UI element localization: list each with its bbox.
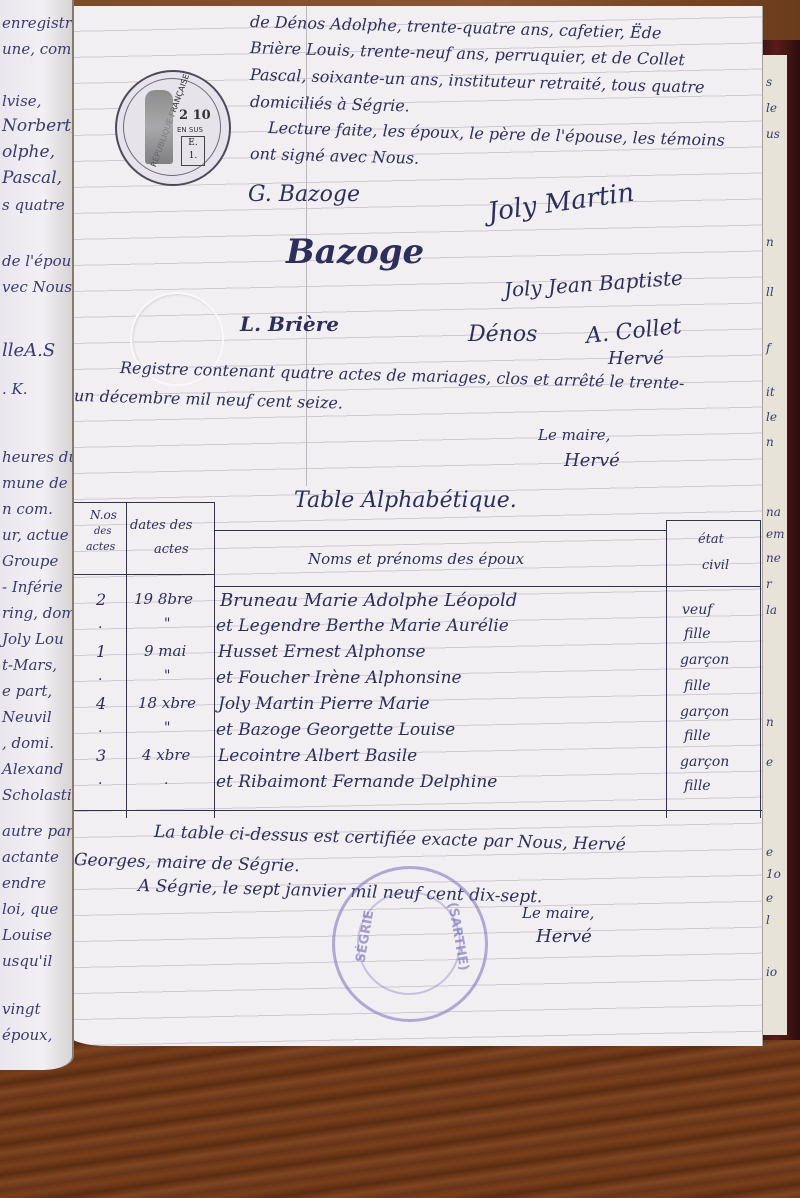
left-page-text: ur, actue xyxy=(2,526,69,544)
previous-page-edge: enregistré le une, comm lvise, Norbert, … xyxy=(0,0,74,1070)
certification-line: La table ci-dessus est certifiée exacte … xyxy=(154,822,626,855)
table-border xyxy=(214,586,760,587)
row-etat: fille xyxy=(684,728,711,744)
header-num: actes xyxy=(86,540,115,553)
left-page-text: s quatre xyxy=(2,196,65,214)
table-border xyxy=(666,520,760,521)
edge-text: r xyxy=(766,577,772,591)
row-date: 4 xbre xyxy=(142,746,190,764)
header-date: dates des xyxy=(130,518,192,533)
row-date: 18 xbre xyxy=(138,694,196,712)
header-num: des xyxy=(94,526,111,537)
stamp-box: E. 1. xyxy=(181,136,205,166)
row-date: " xyxy=(164,668,170,684)
text-line: de Dénos Adolphe, trente-quatre ans, caf… xyxy=(250,12,662,42)
signature: Joly Martin xyxy=(486,178,636,228)
left-page-text: Norbert, xyxy=(2,116,74,136)
left-page-text: olphe, xyxy=(2,142,55,162)
signature: Bazoge xyxy=(286,232,424,272)
left-page-text: e part, xyxy=(2,682,52,700)
header-num: N.os xyxy=(90,508,117,522)
row-num: . xyxy=(98,616,102,632)
row-etat: fille xyxy=(684,778,711,794)
edge-text: le xyxy=(766,101,777,115)
left-page-text: époux, xyxy=(2,1026,52,1044)
left-page-text: autre part xyxy=(2,822,74,840)
closing-line: Registre contenant quatre actes de maria… xyxy=(120,358,685,393)
left-page-text: actante xyxy=(2,848,59,866)
edge-text: e xyxy=(766,755,773,769)
row-date: 9 mai xyxy=(144,642,186,660)
left-page-text: loi, que xyxy=(2,900,58,918)
text-line: domiciliés à Ségrie. xyxy=(250,92,410,115)
table-border xyxy=(214,530,666,531)
mayor-signoff: Le maire, xyxy=(522,904,594,922)
left-page-text: . K. xyxy=(2,380,28,398)
text-line: Pascal, soixante-un ans, instituteur ret… xyxy=(250,65,705,97)
signature: A. Collet xyxy=(585,314,683,349)
edge-text: la xyxy=(766,603,777,617)
table-border xyxy=(666,520,667,818)
header-etat: état xyxy=(698,532,724,547)
edge-text: it xyxy=(766,385,775,399)
edge-text: ll xyxy=(766,285,774,299)
mayor-signoff: Le maire, xyxy=(538,426,610,444)
header-etat: civil xyxy=(702,558,729,573)
table-border xyxy=(72,810,762,811)
stamp-box-bottom: 1. xyxy=(182,150,204,163)
row-date: " xyxy=(164,616,170,632)
left-page-text: enregistré le xyxy=(2,14,74,32)
left-page-text: - Inférie xyxy=(2,578,63,596)
signature: Dénos xyxy=(468,322,537,347)
left-page-text: Joly Lou xyxy=(2,630,64,648)
signature: Joly Jean Baptiste xyxy=(503,266,683,302)
left-page-text: , domi. xyxy=(2,734,54,752)
left-page-text: de l'épou xyxy=(2,252,71,270)
edge-text: na xyxy=(766,505,781,519)
header-date: actes xyxy=(154,542,189,557)
marianne-figure-icon xyxy=(145,90,173,164)
left-page-text: usqu'il xyxy=(2,952,52,970)
left-page-text: Alexand xyxy=(2,760,63,778)
edge-text: f xyxy=(766,341,770,355)
edge-text: em xyxy=(766,527,784,541)
header-names: Noms et prénoms des époux xyxy=(308,550,524,568)
row-name: Husset Ernest Alphonse xyxy=(218,642,426,662)
next-page-edge: s le us n ll f it le n na em ne r la n e… xyxy=(762,55,787,1035)
signature: Hervé xyxy=(608,348,664,369)
row-num: . xyxy=(98,720,102,736)
left-page-text: lvise, xyxy=(2,92,41,110)
edge-text: le xyxy=(766,410,777,424)
edge-text: n xyxy=(766,715,774,729)
row-date: " xyxy=(164,720,170,736)
row-name: Joly Martin Pierre Marie xyxy=(218,694,430,714)
text-line: Lecture faite, les époux, le père de l'é… xyxy=(268,118,725,150)
left-page-text: ring, dom xyxy=(2,604,74,622)
row-num: . xyxy=(98,772,102,788)
table-border xyxy=(72,502,214,503)
row-name: et Foucher Irène Alphonsine xyxy=(216,668,462,688)
left-page-text: heures du xyxy=(2,448,74,466)
table-border xyxy=(126,502,127,818)
row-num: 2 xyxy=(96,590,106,609)
edge-text: l xyxy=(766,913,770,927)
row-date: 19 8bre xyxy=(134,590,193,608)
row-name: et Ribaimont Fernande Delphine xyxy=(216,772,497,792)
row-etat: veuf xyxy=(682,602,712,618)
left-page-text: mune de xyxy=(2,474,68,492)
edge-text: 1o xyxy=(766,867,781,881)
left-page-text: Scholastiq xyxy=(2,786,74,804)
row-etat: garçon xyxy=(680,704,729,720)
edge-text: n xyxy=(766,435,774,449)
row-name: Bruneau Marie Adolphe Léopold xyxy=(220,590,517,611)
row-num: . xyxy=(98,668,102,684)
mayor-signature: Hervé xyxy=(564,450,620,471)
row-etat: fille xyxy=(684,626,711,642)
mayor-signature: Hervé xyxy=(536,926,592,947)
row-etat: fille xyxy=(684,678,711,694)
left-page-text: Groupe xyxy=(2,552,58,570)
row-date: . xyxy=(164,772,168,788)
wood-table-bottom xyxy=(0,1040,800,1198)
row-num: 4 xyxy=(96,694,106,713)
left-page-text: Louise xyxy=(2,926,52,944)
row-etat: garçon xyxy=(680,754,729,770)
table-border xyxy=(760,520,761,818)
edge-text: io xyxy=(766,965,777,979)
row-etat: garçon xyxy=(680,652,729,668)
row-name: Lecointre Albert Basile xyxy=(218,746,417,766)
left-page-text: Pascal, xyxy=(2,168,62,188)
left-page-text: lleA.S xyxy=(2,340,55,361)
left-page-text: vingt xyxy=(2,1000,41,1018)
row-num: 3 xyxy=(96,746,106,765)
left-page-text: Neuvil xyxy=(2,708,52,726)
text-line: ont signé avec Nous. xyxy=(250,144,420,168)
row-num: 1 xyxy=(96,642,106,661)
tax-stamp: RÉPUBLIQUE FRANÇAISE 2 10 EN SUS E. 1. xyxy=(115,70,231,186)
row-name: et Bazoge Georgette Louise xyxy=(216,720,455,740)
stamp-sub: EN SUS xyxy=(177,126,203,134)
edge-text: e xyxy=(766,891,773,905)
left-page-text: t-Mars, xyxy=(2,656,57,674)
table-title: Table Alphabétique. xyxy=(294,488,517,513)
edge-text: e xyxy=(766,845,773,859)
signature: L. Brière xyxy=(240,312,339,336)
text-line: Brière Louis, trente-neuf ans, perruquie… xyxy=(250,38,685,69)
left-page-text: endre xyxy=(2,874,46,892)
row-name: et Legendre Berthe Marie Aurélie xyxy=(216,616,509,636)
register-page: RÉPUBLIQUE FRANÇAISE 2 10 EN SUS E. 1. d… xyxy=(68,6,762,1046)
table-border xyxy=(214,502,215,818)
edge-text: us xyxy=(766,127,780,141)
table-border xyxy=(72,574,214,575)
certification-line: A Ségrie, le sept janvier mil neuf cent … xyxy=(138,876,543,907)
closing-line: un décembre mil neuf cent seize. xyxy=(74,386,343,413)
edge-text: ne xyxy=(766,551,781,565)
stamp-box-top: E. xyxy=(182,137,204,150)
stamp-value: 2 10 xyxy=(179,108,211,123)
left-page-text: n com. xyxy=(2,500,53,518)
left-page-text: une, comm xyxy=(2,40,74,58)
edge-text: s xyxy=(766,75,772,89)
edge-text: n xyxy=(766,235,774,249)
signature: G. Bazoge xyxy=(248,182,360,207)
certification-line: Georges, maire de Ségrie. xyxy=(74,850,300,876)
left-page-text: vec Nous. xyxy=(2,278,74,296)
mairie-stamp: SÉGRIE (SARTHE) xyxy=(332,866,488,1022)
